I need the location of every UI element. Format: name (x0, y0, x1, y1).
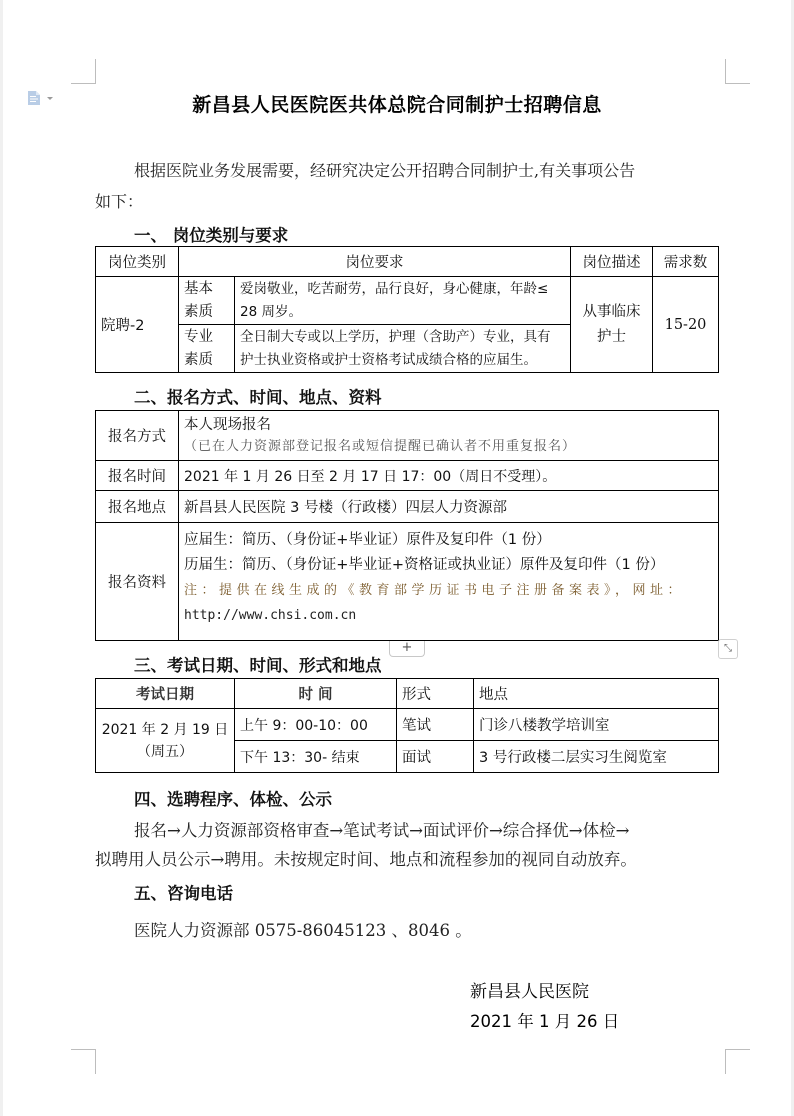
section5-heading: 五、咨询电话 (134, 880, 233, 904)
section1-heading: 一、 岗位类别与要求 (134, 222, 288, 246)
materials-line: 应届生：简历、（身份证+毕业证）原件及复印件（1 份） (184, 528, 713, 553)
table-resize-icon[interactable]: ⤡ (718, 639, 738, 659)
margin-corner-top-right (725, 59, 750, 84)
header-form: 形式 (397, 679, 474, 709)
table-header-row: 考试日期 时 间 形式 地点 (96, 679, 719, 709)
session-time: 上午 9：00-10：00 (235, 709, 397, 741)
registration-table: 报名方式 本人现场报名 （已在人力资源部登记报名或短信提醒已确认者不用重复报名）… (95, 410, 719, 641)
section4-heading: 四、选聘程序、体检、公示 (134, 786, 332, 810)
label-line: 素质 (184, 301, 229, 324)
text-line: 全日制大专或以上学历，护理（含助产）专业，具有 (240, 326, 565, 349)
header-requirements: 岗位要求 (179, 247, 571, 277)
description-line: 从事临床 (576, 300, 647, 325)
requirement-label: 专业 素质 (179, 325, 235, 373)
position-category: 院聘-2 (96, 277, 179, 373)
signature-org: 新昌县人民医院 (470, 977, 589, 1002)
time-value: 2021 年 1 月 26 日至 2 月 17 日 17：00（周日不受理）。 (179, 461, 719, 491)
text-line: 爱岗敬业，吃苦耐劳，品行良好，身心健康，年龄≤ (240, 278, 565, 301)
table-header-row: 岗位类别 岗位要求 岗位描述 需求数 (96, 247, 719, 277)
table-row: 院聘-2 基本 素质 爱岗敬业，吃苦耐劳，品行良好，身心健康，年龄≤ 28 周岁… (96, 277, 719, 325)
section3-heading: 三、考试日期、时间、形式和地点 (134, 652, 382, 676)
required-count: 15-20 (653, 277, 719, 373)
label-line: 素质 (184, 349, 229, 372)
margin-corner-bottom-left (71, 1049, 96, 1074)
selection-process-line1: 报名→人力资源部资格审查→笔试考试→面试评价→综合择优→体检→ (134, 817, 629, 841)
table-add-row-button[interactable]: + (389, 641, 425, 657)
header-exam-date: 考试日期 (96, 679, 235, 709)
signature-date: 2021 年 1 月 26 日 (470, 1008, 619, 1032)
place-label: 报名地点 (96, 491, 179, 523)
left-gutter (0, 0, 3, 1116)
margin-corner-top-left (71, 59, 96, 84)
materials-note: 注：提供在线生成的《教育部学历证书电子注册备案表》，网址： (184, 578, 713, 603)
text-line: 28 周岁。 (240, 301, 565, 324)
exam-schedule-table: 考试日期 时 间 形式 地点 2021 年 2 月 19 日 （周五） 上午 9… (95, 678, 719, 773)
method-note: （已在人力资源部登记报名或短信提醒已确认者不用重复报名） (184, 436, 713, 458)
exam-date: 2021 年 2 月 19 日 （周五） (96, 709, 235, 773)
header-place: 地点 (474, 679, 719, 709)
page-title: 新昌县人民医院医共体总院合同制护士招聘信息 (0, 90, 794, 117)
requirement-label: 基本 素质 (179, 277, 235, 325)
header-time: 时 间 (235, 679, 397, 709)
contact-phone: 医院人力资源部 0575-86045123 、8046 。 (134, 917, 472, 941)
session-time: 下午 13：30- 结束 (235, 741, 397, 773)
intro-paragraph-line1: 根据医院业务发展需要，经研究决定公开招聘合同制护士,有关事项公告 (134, 158, 635, 181)
session-form: 面试 (397, 741, 474, 773)
materials-label: 报名资料 (96, 523, 179, 641)
position-description: 从事临床 护士 (571, 277, 653, 373)
table-row: 报名方式 本人现场报名 （已在人力资源部登记报名或短信提醒已确认者不用重复报名） (96, 411, 719, 461)
chsi-url: http://www.chsi.com.cn (184, 603, 713, 628)
method-value: 本人现场报名 （已在人力资源部登记报名或短信提醒已确认者不用重复报名） (179, 411, 719, 461)
table-row: 2021 年 2 月 19 日 （周五） 上午 9：00-10：00 笔试 门诊… (96, 709, 719, 741)
method-line: 本人现场报名 (184, 414, 713, 436)
description-line: 护士 (576, 325, 647, 350)
intro-paragraph-line2: 如下： (95, 189, 143, 212)
header-description: 岗位描述 (571, 247, 653, 277)
table-row: 报名时间 2021 年 1 月 26 日至 2 月 17 日 17：00（周日不… (96, 461, 719, 491)
materials-line: 历届生：简历、（身份证+毕业证+资格证或执业证）原件及复印件（1 份） (184, 553, 713, 578)
exam-weekday: （周五） (101, 741, 229, 763)
session-place: 门诊八楼教学培训室 (474, 709, 719, 741)
time-label: 报名时间 (96, 461, 179, 491)
exam-date-line: 2021 年 2 月 19 日 (101, 719, 229, 741)
table-row: 报名地点 新昌县人民医院 3 号楼（行政楼）四层人力资源部 (96, 491, 719, 523)
selection-process-line2: 拟聘用人员公示→聘用。未按规定时间、地点和流程参加的视同自动放弃。 (95, 846, 637, 870)
section2-heading: 二、报名方式、时间、地点、资料 (134, 384, 382, 408)
session-place: 3 号行政楼二层实习生阅览室 (474, 741, 719, 773)
table-row: 报名资料 应届生：简历、（身份证+毕业证）原件及复印件（1 份） 历届生：简历、… (96, 523, 719, 641)
header-category: 岗位类别 (96, 247, 179, 277)
position-requirements-table: 岗位类别 岗位要求 岗位描述 需求数 院聘-2 基本 素质 爱岗敬业，吃苦耐劳，… (95, 246, 719, 373)
requirement-text: 爱岗敬业，吃苦耐劳，品行良好，身心健康，年龄≤ 28 周岁。 (235, 277, 571, 325)
method-label: 报名方式 (96, 411, 179, 461)
session-form: 笔试 (397, 709, 474, 741)
margin-corner-bottom-right (725, 1049, 750, 1074)
place-value: 新昌县人民医院 3 号楼（行政楼）四层人力资源部 (179, 491, 719, 523)
requirement-text: 全日制大专或以上学历，护理（含助产）专业，具有 护士执业资格或护士资格考试成绩合… (235, 325, 571, 373)
label-line: 专业 (184, 326, 229, 349)
header-count: 需求数 (653, 247, 719, 277)
label-line: 基本 (184, 278, 229, 301)
materials-value: 应届生：简历、（身份证+毕业证）原件及复印件（1 份） 历届生：简历、（身份证+… (179, 523, 719, 641)
text-line: 护士执业资格或护士资格考试成绩合格的应届生。 (240, 349, 565, 372)
